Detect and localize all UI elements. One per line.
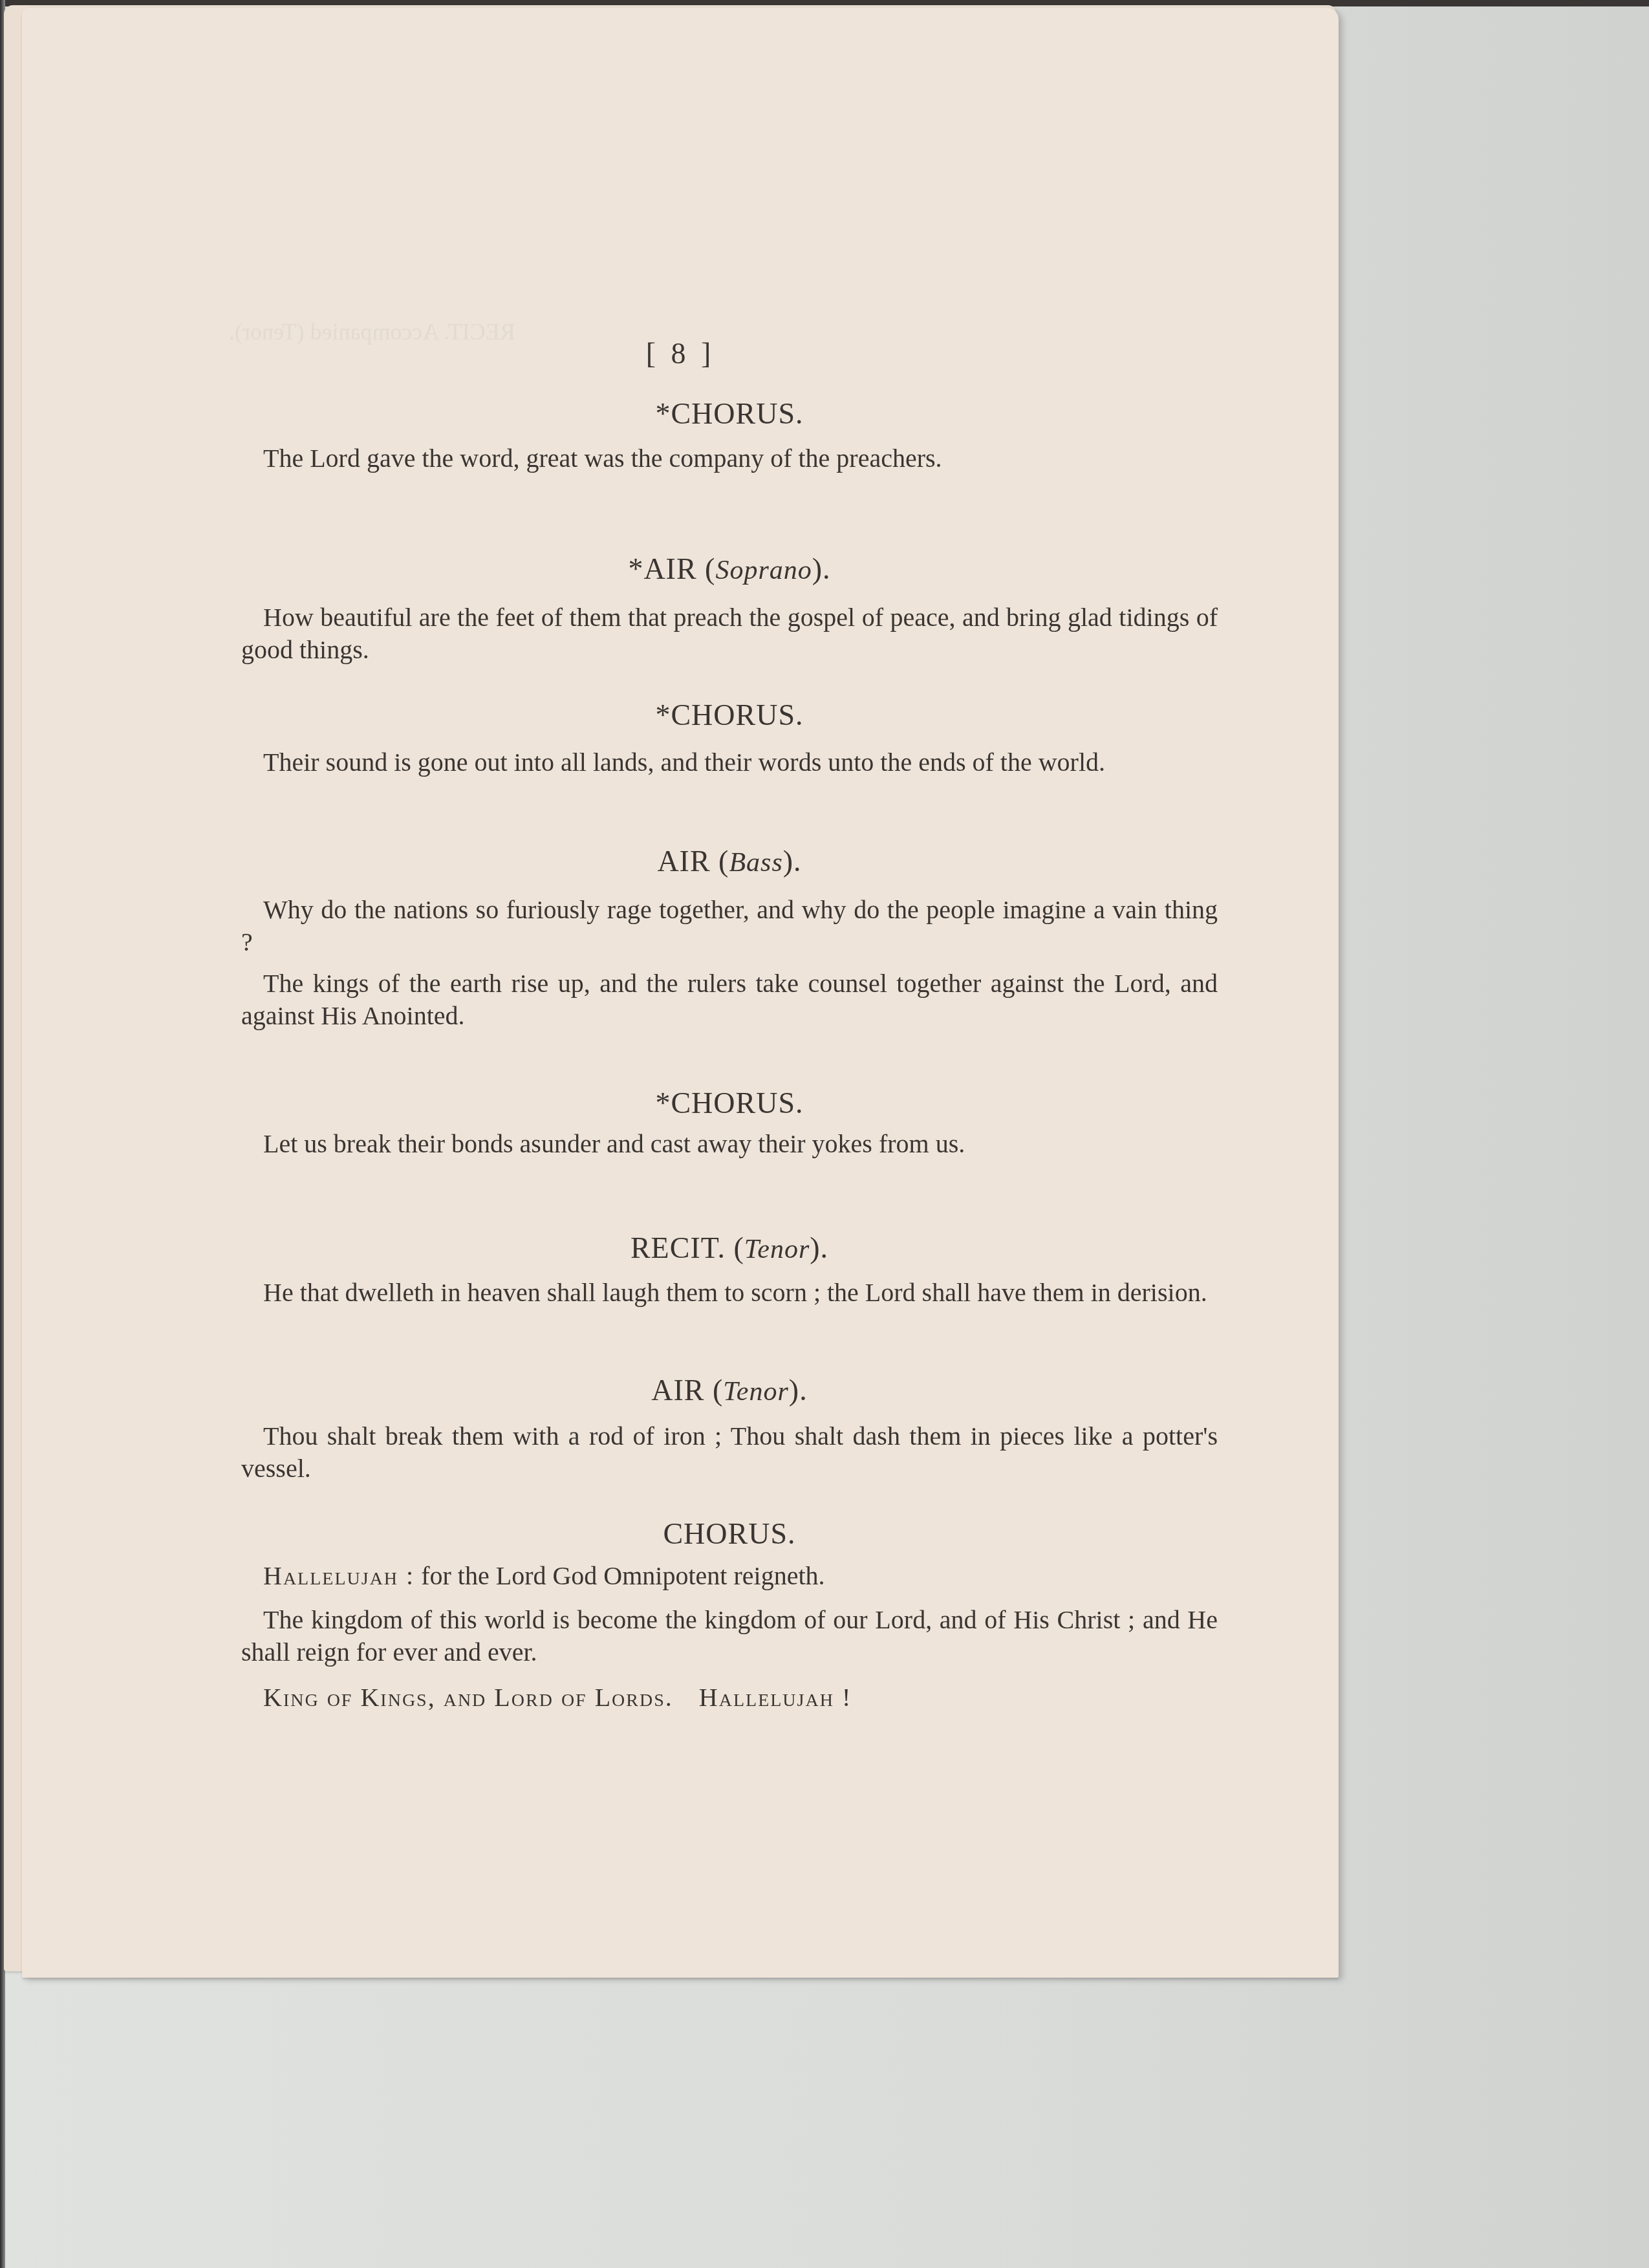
king-of-kings-text: King of Kings, and Lord of Lords. xyxy=(263,1683,673,1712)
section-chorus-3: *CHORUS. Let us break their bonds asunde… xyxy=(241,1084,1218,1160)
voice-part: Soprano xyxy=(715,556,812,585)
hallelujah-word: Hallelujah ! xyxy=(699,1683,852,1712)
document-page: RECIT. Accompanied (Tenor). [ 8 ] *CHORU… xyxy=(22,8,1339,1978)
heading-end: ). xyxy=(783,845,802,878)
section-heading: AIR (Bass). xyxy=(241,842,1218,882)
section-chorus-1: *CHORUS. The Lord gave the word, great w… xyxy=(241,394,1218,475)
lyric-paragraph: Their sound is gone out into all lands, … xyxy=(241,746,1218,779)
lyric-paragraph: Let us break their bonds asunder and cas… xyxy=(241,1128,1218,1160)
heading-label: *AIR ( xyxy=(628,552,715,585)
lyric-paragraph: The Lord gave the word, great was the co… xyxy=(241,442,1218,475)
section-air-tenor: AIR (Tenor). Thou shalt break them with … xyxy=(241,1371,1218,1485)
section-heading: *CHORUS. xyxy=(241,696,1218,735)
lyric-paragraph: Thou shalt break them with a rod of iron… xyxy=(241,1420,1218,1485)
hallelujah-line-1: Hallelujah : for the Lord God Omnipotent… xyxy=(241,1560,1218,1592)
page-number: [ 8 ] xyxy=(22,336,1339,371)
heading-end: ). xyxy=(789,1374,808,1407)
voice-part: Tenor xyxy=(744,1235,810,1264)
section-recit-tenor: RECIT. (Tenor). He that dwelleth in heav… xyxy=(241,1229,1218,1309)
voice-part: Tenor xyxy=(723,1377,789,1407)
section-heading: *CHORUS. xyxy=(241,1084,1218,1123)
section-heading: AIR (Tenor). xyxy=(241,1371,1218,1411)
heading-label: AIR ( xyxy=(657,845,729,878)
line-text: for the Lord God Omnipotent reigneth. xyxy=(415,1561,824,1590)
section-heading: *CHORUS. xyxy=(241,394,1218,433)
section-chorus-2: *CHORUS. Their sound is gone out into al… xyxy=(241,696,1218,779)
lyric-paragraph: How beautiful are the feet of them that … xyxy=(241,601,1218,666)
heading-label: AIR ( xyxy=(651,1374,723,1407)
section-heading: CHORUS. xyxy=(241,1515,1218,1553)
voice-part: Bass xyxy=(729,848,782,878)
section-air-bass: AIR (Bass). Why do the nations so furiou… xyxy=(241,842,1218,1032)
hallelujah-line-2: The kingdom of this world is become the … xyxy=(241,1604,1218,1669)
section-hallelujah-chorus: CHORUS. Hallelujah : for the Lord God Om… xyxy=(241,1515,1218,1714)
heading-label: RECIT. ( xyxy=(630,1231,744,1264)
lyric-paragraph: The kings of the earth rise up, and the … xyxy=(241,967,1218,1032)
section-heading: RECIT. (Tenor). xyxy=(241,1229,1218,1269)
section-heading: *AIR (Soprano). xyxy=(241,550,1218,590)
heading-end: ). xyxy=(810,1231,828,1264)
hallelujah-word: Hallelujah : xyxy=(263,1561,415,1590)
hallelujah-line-3: King of Kings, and Lord of Lords. Hallel… xyxy=(241,1681,1218,1714)
lyric-paragraph: He that dwelleth in heaven shall laugh t… xyxy=(241,1277,1218,1309)
section-air-soprano: *AIR (Soprano). How beautiful are the fe… xyxy=(241,550,1218,666)
lyric-paragraph: Why do the nations so furiously rage tog… xyxy=(241,894,1218,958)
heading-end: ). xyxy=(812,552,831,585)
